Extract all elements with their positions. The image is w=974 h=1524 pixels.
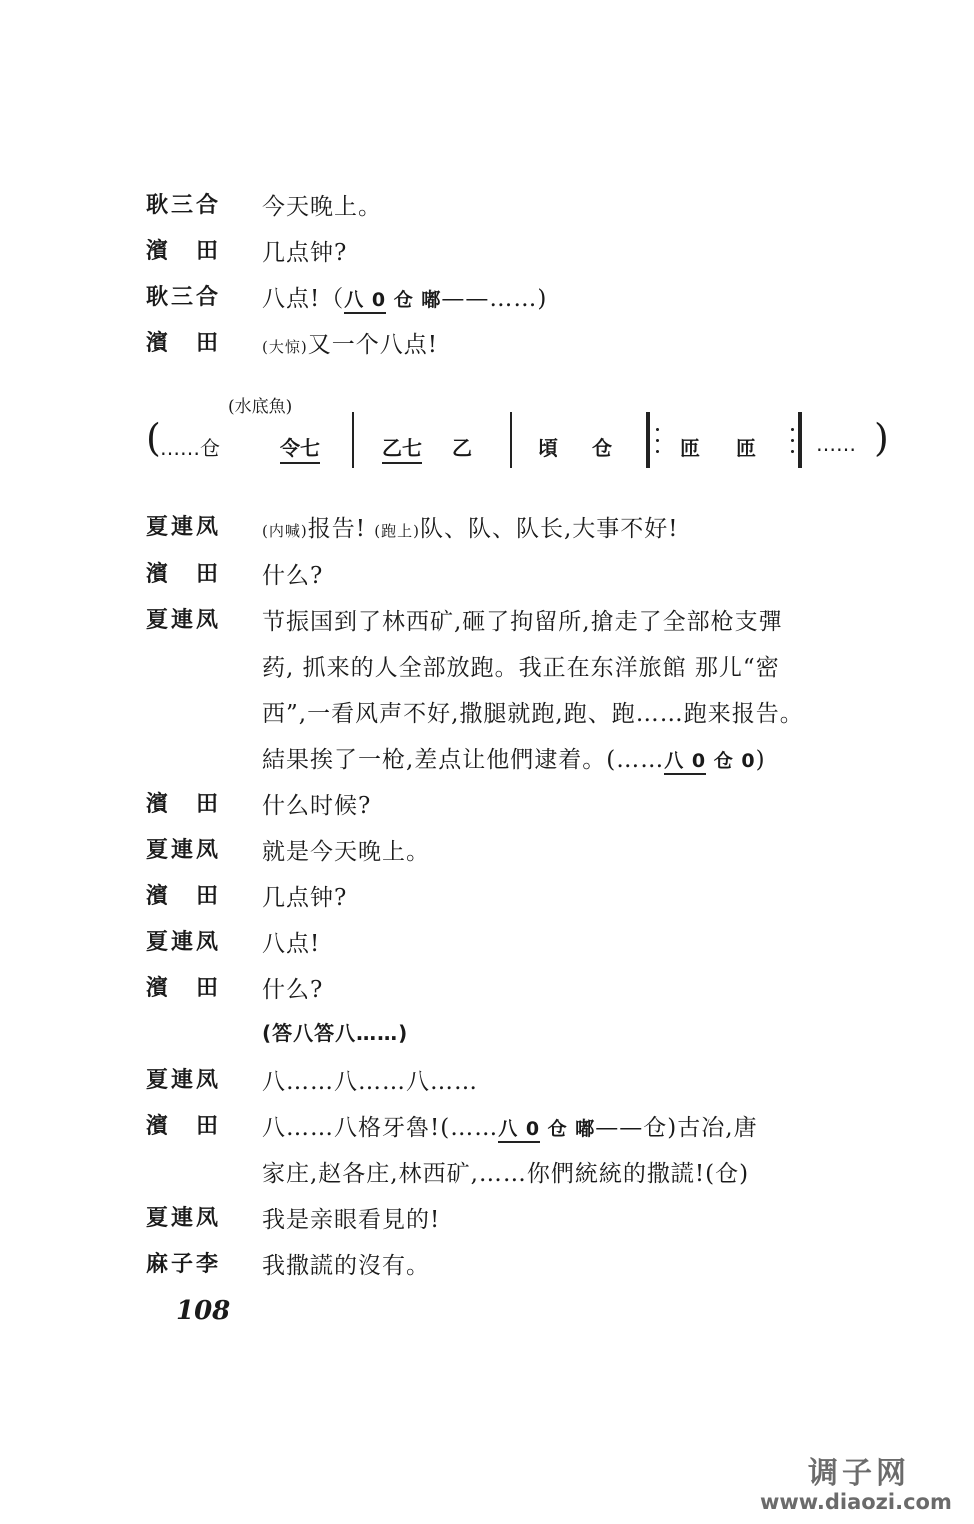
page-number: 108 bbox=[176, 1296, 230, 1326]
percussion-notation: 八 0 bbox=[344, 289, 386, 314]
dialogue-line: 夏連凤 八……八……八…… bbox=[0, 1063, 974, 1103]
speaker-name: 夏連凤 bbox=[146, 1063, 230, 1094]
speaker-name: 濱 田 bbox=[146, 1109, 230, 1140]
percussion-notation: 仓 嘟 bbox=[386, 289, 441, 311]
dialogue-line: 夏連凤 八点! bbox=[0, 925, 974, 965]
speaker-name: 濱 田 bbox=[146, 326, 230, 357]
dialogue-text: 八……八……八…… bbox=[262, 1063, 478, 1096]
dialogue-text: 药, 抓来的人全部放跑。我正在东洋旅館 那儿“密 bbox=[262, 649, 780, 682]
dialogue-line: 夏連凤 就是今天晚上。 bbox=[0, 833, 974, 873]
text-segment: 队、队、队长,大事不好! bbox=[420, 516, 679, 542]
dialogue-line: 夏連凤 (内喊)报告! (跑上)队、队、队长,大事不好! bbox=[0, 510, 974, 550]
score-note: 乙七 bbox=[382, 432, 422, 464]
stage-direction: (跑上) bbox=[374, 522, 420, 540]
score-note: 匝 bbox=[736, 432, 756, 461]
open-paren: ( bbox=[146, 416, 161, 460]
dialogue-text: 我是亲眼看見的! bbox=[262, 1201, 440, 1234]
percussion-notation: (答八答八……) bbox=[262, 1017, 408, 1046]
text-segment: 八……八格牙魯!(…… bbox=[262, 1115, 498, 1141]
dialogue-line: 濱 田 什么? bbox=[0, 557, 974, 597]
speaker-name: 夏連凤 bbox=[146, 1201, 230, 1232]
speaker-name: 濱 田 bbox=[146, 971, 230, 1002]
dialogue-continuation: 家庄,赵各庄,林西矿,……你們統統的撒謊!(仓) bbox=[0, 1155, 974, 1195]
text-segment: 报告! bbox=[308, 516, 366, 542]
score-note: 令七 bbox=[280, 432, 320, 464]
speaker-name: 耿三合 bbox=[146, 280, 230, 311]
dialogue-line: 濱 田 什么? bbox=[0, 971, 974, 1011]
speaker-name: 濱 田 bbox=[146, 879, 230, 910]
score-note: …… bbox=[816, 432, 856, 456]
barline bbox=[352, 412, 354, 468]
watermark-title: 调子网 bbox=[808, 1448, 910, 1492]
dialogue-text: 八点!（八 0 仓 嘟——……) bbox=[262, 280, 547, 313]
dialogue-text: 八……八格牙魯!(……八 0 仓 嘟——仓)古冶,唐 bbox=[262, 1109, 758, 1142]
dialogue-line: 濱 田 什么时候? bbox=[0, 787, 974, 827]
percussion-notation: 仓 0 bbox=[706, 750, 755, 772]
dialogue-text: 几点钟? bbox=[262, 234, 347, 267]
speaker-name: 夏連凤 bbox=[146, 925, 230, 956]
speaker-name: 濱 田 bbox=[146, 557, 230, 588]
speaker-name: 麻子李 bbox=[146, 1247, 230, 1278]
repeat-dots bbox=[791, 424, 794, 458]
dialogue-line: 濱 田 几点钟? bbox=[0, 879, 974, 919]
dialogue-text: 八点! bbox=[262, 925, 320, 958]
speaker-name: 濱 田 bbox=[146, 787, 230, 818]
dialogue-line: 濱 田 (大惊)又一个八点! bbox=[0, 326, 974, 366]
stage-direction-line: (答八答八……) bbox=[0, 1017, 974, 1057]
close-paren: ) bbox=[874, 416, 889, 460]
repeat-dots bbox=[656, 424, 659, 458]
dialogue-line: 耿三合 八点!（八 0 仓 嘟——……) bbox=[0, 280, 974, 320]
dialogue-text: 今天晚上。 bbox=[262, 188, 382, 221]
speaker-name: 夏連凤 bbox=[146, 833, 230, 864]
dialogue-text: 就是今天晚上。 bbox=[262, 833, 430, 866]
speaker-name: 夏連凤 bbox=[146, 510, 230, 541]
text-segment: 八点!（ bbox=[262, 286, 344, 312]
dialogue-line: 濱 田 几点钟? bbox=[0, 234, 974, 274]
dialogue-text: 什么? bbox=[262, 557, 323, 590]
repeat-start-barline bbox=[646, 412, 650, 468]
dialogue-line: 麻子李 我撒謊的沒有。 bbox=[0, 1247, 974, 1287]
repeat-end-barline bbox=[798, 412, 802, 468]
speaker-name: 耿三合 bbox=[146, 188, 230, 219]
score-note: ……仓 bbox=[160, 432, 220, 461]
dialogue-text: 什么时候? bbox=[262, 787, 371, 820]
dialogue-text: 結果挨了一枪,差点让他們逮着。(……八 0 仓 0) bbox=[262, 741, 766, 774]
speaker-name: 濱 田 bbox=[146, 234, 230, 265]
text-segment: ——仓)古冶,唐 bbox=[595, 1115, 757, 1141]
dialogue-text: 节振国到了林西矿,砸了拘留所,搶走了全部枪支彈 bbox=[262, 603, 783, 636]
percussion-notation: 仓 嘟 bbox=[540, 1118, 595, 1140]
speaker-name: 夏連凤 bbox=[146, 603, 230, 634]
text-segment: ) bbox=[756, 747, 766, 773]
dialogue-line: 濱 田 八……八格牙魯!(……八 0 仓 嘟——仓)古冶,唐 bbox=[0, 1109, 974, 1149]
dialogue-line: 夏連凤 节振国到了林西矿,砸了拘留所,搶走了全部枪支彈 bbox=[0, 603, 974, 643]
stage-direction: (内喊) bbox=[262, 522, 308, 540]
dialogue-text: 我撒謊的沒有。 bbox=[262, 1247, 430, 1280]
barline bbox=[510, 412, 512, 468]
score-note: 匝 bbox=[680, 432, 700, 461]
stage-direction: (大惊) bbox=[262, 338, 308, 356]
text-segment: 又一个八点! bbox=[308, 332, 438, 358]
dialogue-line: 耿三合 今天晚上。 bbox=[0, 188, 974, 228]
percussion-notation: 八 0 bbox=[498, 1118, 540, 1143]
dialogue-text: 西”,一看风声不好,撒腿就跑,跑、跑……跑来报告。 bbox=[262, 695, 804, 728]
dialogue-text: 什么? bbox=[262, 971, 323, 1004]
dialogue-text: (内喊)报告! (跑上)队、队、队长,大事不好! bbox=[262, 510, 679, 543]
dialogue-continuation: 結果挨了一枪,差点让他們逮着。(……八 0 仓 0) bbox=[0, 741, 974, 781]
score-note: 乙 bbox=[452, 432, 472, 461]
dialogue-text: (大惊)又一个八点! bbox=[262, 326, 438, 359]
percussion-score: ( ……仓 令七 乙七 乙 頃 仓 匝 匝 …… ) bbox=[146, 412, 896, 472]
watermark-url: www.diaozi.com bbox=[760, 1490, 952, 1514]
text-segment: ——……) bbox=[441, 286, 547, 312]
percussion-notation: 八 0 bbox=[664, 750, 706, 775]
dialogue-text: 家庄,赵各庄,林西矿,……你們統統的撒謊!(仓) bbox=[262, 1155, 749, 1188]
text-segment: 結果挨了一枪,差点让他們逮着。(…… bbox=[262, 747, 664, 773]
score-note: 頃 bbox=[538, 432, 558, 461]
dialogue-text: 几点钟? bbox=[262, 879, 347, 912]
dialogue-continuation: 药, 抓来的人全部放跑。我正在东洋旅館 那儿“密 bbox=[0, 649, 974, 689]
score-note: 仓 bbox=[592, 432, 612, 461]
dialogue-line: 夏連凤 我是亲眼看見的! bbox=[0, 1201, 974, 1241]
dialogue-continuation: 西”,一看风声不好,撒腿就跑,跑、跑……跑来报告。 bbox=[0, 695, 974, 735]
